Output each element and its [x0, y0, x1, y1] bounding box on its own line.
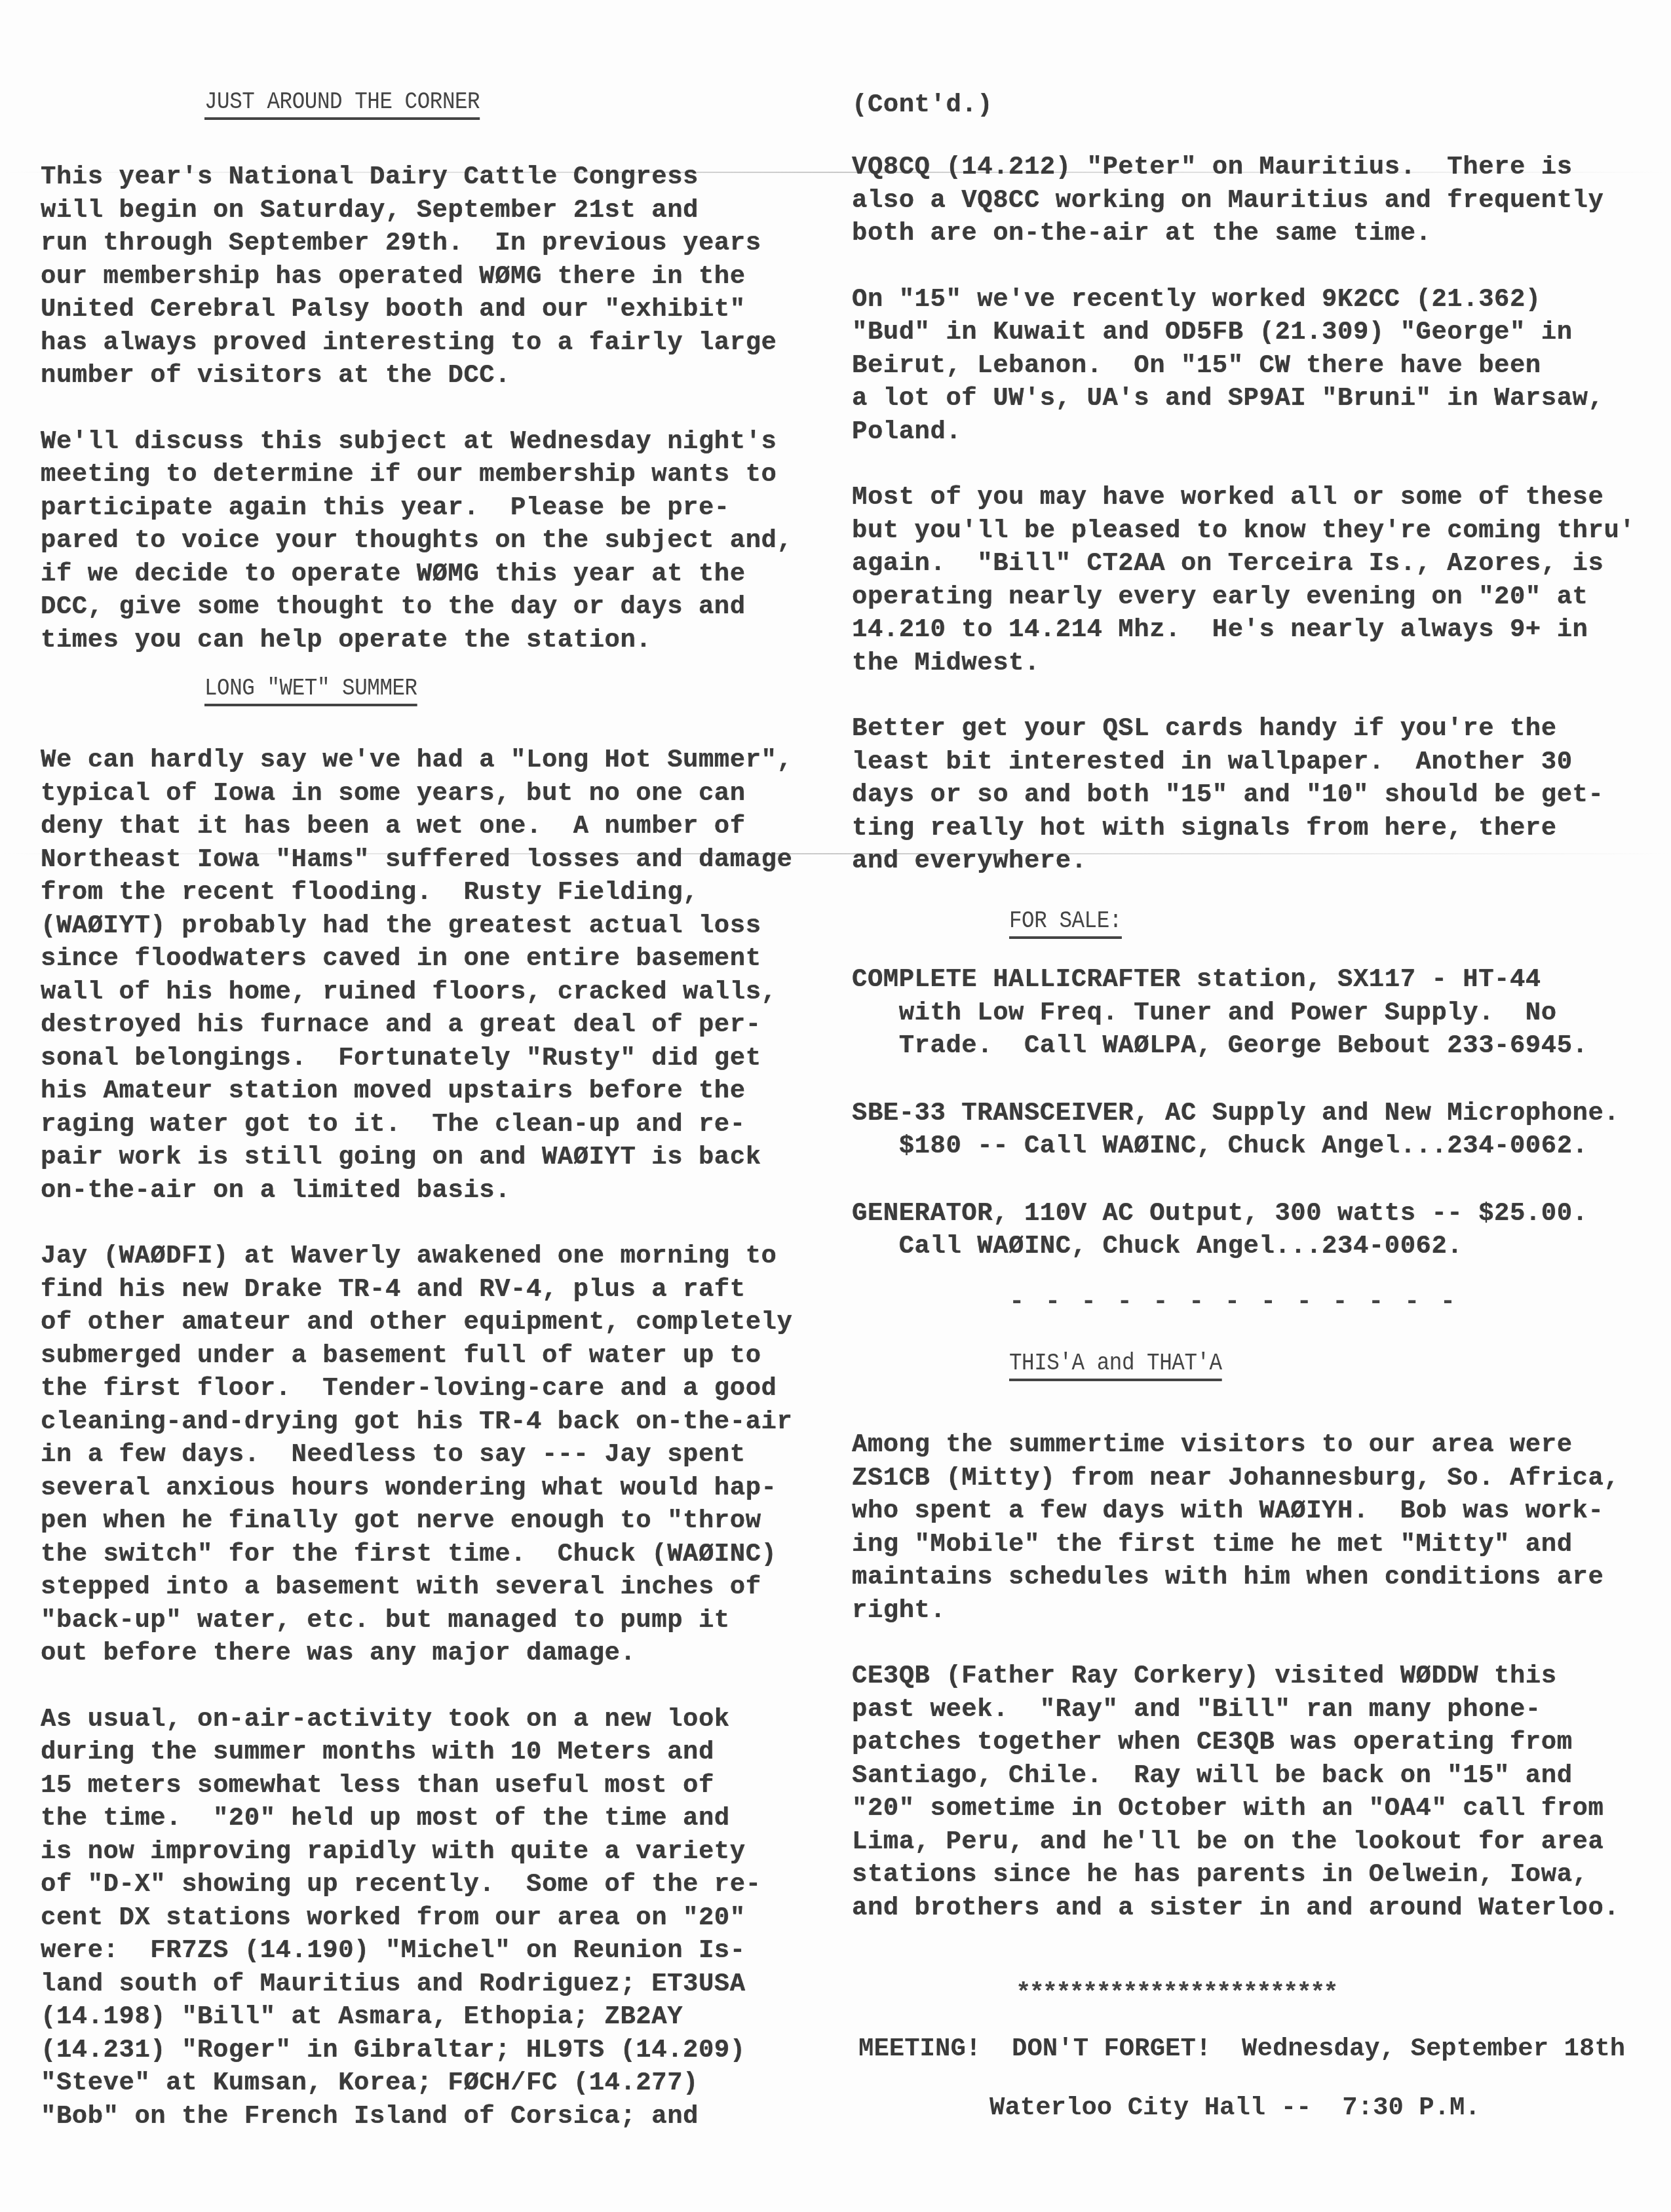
- body-text-line: meeting to determine if our membership w…: [41, 458, 777, 491]
- body-text-line: participate again this year. Please be p…: [41, 491, 730, 524]
- body-text-line: ting really hot with signals from here, …: [852, 812, 1557, 845]
- body-text-line: a lot of UW's, UA's and SP9AI "Bruni" in…: [852, 382, 1604, 415]
- section-heading: LONG "WET" SUMMER: [204, 675, 417, 702]
- body-text-line: the first floor. Tender-loving-care and …: [41, 1372, 777, 1405]
- body-text-line: right.: [852, 1594, 946, 1627]
- body-text-line: sonal belongings. Fortunately "Rusty" di…: [41, 1042, 761, 1075]
- body-text-line: and brothers and a sister in and around …: [852, 1892, 1619, 1924]
- body-text-line: deny that it has been a wet one. A numbe…: [41, 810, 746, 843]
- body-text-line: ing "Mobile" the first time he met "Mitt…: [852, 1528, 1573, 1561]
- for-sale-item-line: COMPLETE HALLICRAFTER station, SX117 - H…: [852, 963, 1541, 996]
- body-text-line: submerged under a basement full of water…: [41, 1339, 761, 1372]
- body-text-line: Among the summertime visitors to our are…: [852, 1428, 1573, 1461]
- body-text-line: VQ8CQ (14.212) "Peter" on Mauritius. The…: [852, 151, 1573, 183]
- body-text-line: several anxious hours wondering what wou…: [41, 1472, 777, 1504]
- body-text-line: since floodwaters caved in one entire ba…: [41, 942, 761, 975]
- body-text-line: "Bob" on the French Island of Corsica; a…: [41, 2100, 699, 2133]
- body-text-line: "Steve" at Kumsan, Korea; FØCH/FC (14.27…: [41, 2067, 699, 2099]
- body-text-line: days or so and both "15" and "10" should…: [852, 778, 1604, 811]
- body-text-line: 14.210 to 14.214 Mhz. He's nearly always…: [852, 613, 1588, 646]
- body-text-line: We'll discuss this subject at Wednesday …: [41, 425, 777, 458]
- body-text-line: is now improving rapidly with quite a va…: [41, 1835, 746, 1868]
- body-text-line: operating nearly every early evening on …: [852, 581, 1588, 613]
- body-text-line: were: FR7ZS (14.190) "Michel" on Reunion…: [41, 1934, 746, 1967]
- body-text-line: on-the-air on a limited basis.: [41, 1174, 510, 1207]
- for-sale-item-line: SBE-33 TRANSCEIVER, AC Supply and New Mi…: [852, 1097, 1619, 1130]
- body-text-line: of other amateur and other equipment, co…: [41, 1306, 792, 1339]
- for-sale-item-line: GENERATOR, 110V AC Output, 300 watts -- …: [852, 1197, 1588, 1230]
- body-text-line: least bit interested in wallpaper. Anoth…: [852, 746, 1573, 778]
- body-text-line: (14.198) "Bill" at Asmara, Ethopia; ZB2A…: [41, 2000, 683, 2033]
- section-heading: JUST AROUND THE CORNER: [204, 88, 480, 116]
- body-text-line: cent DX stations worked from our area on…: [41, 1901, 746, 1934]
- for-sale-item-line: with Low Freq. Tuner and Power Supply. N…: [852, 997, 1557, 1029]
- body-text-line: Poland.: [852, 415, 961, 448]
- body-text-line: 15 meters somewhat less than useful most…: [41, 1769, 714, 1802]
- body-text-line: the switch" for the first time. Chuck (W…: [41, 1538, 777, 1571]
- body-text-line: "20" sometime in October with an "OA4" c…: [852, 1792, 1604, 1825]
- body-text-line: pared to voice your thoughts on the subj…: [41, 524, 792, 557]
- asterisk-divider: ************************: [1016, 1979, 1337, 2008]
- body-text-line: times you can help operate the station.: [41, 624, 651, 657]
- body-text-line: wall of his home, ruined floors, cracked…: [41, 976, 777, 1008]
- section-heading: FOR SALE:: [1009, 907, 1122, 935]
- body-text-line: his Amateur station moved upstairs befor…: [41, 1075, 746, 1107]
- body-text-line: patches together when CE3QB was operatin…: [852, 1726, 1573, 1759]
- body-text-line: past week. "Ray" and "Bill" ran many pho…: [852, 1693, 1541, 1726]
- body-text-line: United Cerebral Palsy booth and our "exh…: [41, 293, 746, 326]
- newsletter-page: JUST AROUND THE CORNERThis year's Nation…: [0, 0, 1671, 2212]
- body-text-line: also a VQ8CC working on Mauritius and fr…: [852, 184, 1604, 217]
- body-text-line: stepped into a basement with several inc…: [41, 1571, 761, 1603]
- for-sale-item-line: Call WAØINC, Chuck Angel...234-0062.: [852, 1230, 1463, 1263]
- body-text-line: typical of Iowa in some years, but no on…: [41, 777, 746, 810]
- body-text-line: both are on-the-air at the same time.: [852, 217, 1431, 250]
- body-text-line: stations since he has parents in Oelwein…: [852, 1858, 1588, 1891]
- body-text-line: Lima, Peru, and he'll be on the lookout …: [852, 1825, 1604, 1858]
- body-text-line: of "D-X" showing up recently. Some of th…: [41, 1868, 761, 1901]
- body-text-line: the time. "20" held up most of the time …: [41, 1802, 730, 1835]
- body-text-line: pair work is still going on and WAØIYT i…: [41, 1141, 761, 1173]
- body-text-line: in a few days. Needless to say --- Jay s…: [41, 1438, 746, 1471]
- dashed-divider: - - - - - - - - - - - - -: [1009, 1287, 1458, 1316]
- body-text-line: DCC, give some thought to the day or day…: [41, 590, 746, 623]
- body-text-line: who spent a few days with WAØIYH. Bob wa…: [852, 1495, 1604, 1527]
- body-text-line: As usual, on-air-activity took on a new …: [41, 1703, 730, 1736]
- body-text-line: This year's National Dairy Cattle Congre…: [41, 161, 699, 193]
- body-text-line: during the summer months with 10 Meters …: [41, 1736, 714, 1768]
- body-text-line: and everywhere.: [852, 845, 1087, 877]
- body-text-line: We can hardly say we've had a "Long Hot …: [41, 744, 792, 776]
- body-text-line: "Bud" in Kuwait and OD5FB (21.309) "Geor…: [852, 316, 1573, 349]
- body-text-line: pen when he finally got nerve enough to …: [41, 1504, 761, 1537]
- body-text-line: On "15" we've recently worked 9K2CC (21.…: [852, 283, 1541, 316]
- body-text-line: (WAØIYT) probably had the greatest actua…: [41, 909, 761, 942]
- body-text-line: but you'll be pleased to know they're co…: [852, 514, 1635, 547]
- body-text-line: find his new Drake TR-4 and RV-4, plus a…: [41, 1273, 746, 1306]
- meeting-location: Waterloo City Hall -- 7:30 P.M.: [989, 2093, 1480, 2122]
- body-text-line: our membership has operated WØMG there i…: [41, 260, 746, 293]
- body-text-line: out before there was any major damage.: [41, 1637, 636, 1669]
- body-text-line: again. "Bill" CT2AA on Terceira Is., Azo…: [852, 547, 1604, 580]
- body-text-line: run through September 29th. In previous …: [41, 227, 761, 259]
- body-text-line: Most of you may have worked all or some …: [852, 481, 1604, 514]
- body-text-line: will begin on Saturday, September 21st a…: [41, 194, 699, 227]
- body-text-line: maintains schedules with him when condit…: [852, 1561, 1604, 1593]
- body-text-line: cleaning-and-drying got his TR-4 back on…: [41, 1405, 792, 1438]
- body-text-line: if we decide to operate WØMG this year a…: [41, 558, 746, 590]
- meeting-notice: MEETING! DON'T FORGET! Wednesday, Septem…: [858, 2034, 1625, 2063]
- for-sale-item-line: $180 -- Call WAØINC, Chuck Angel...234-0…: [852, 1130, 1588, 1162]
- body-text-line: (14.231) "Roger" in Gibraltar; HL9TS (14…: [41, 2034, 746, 2067]
- body-text-line: Santiago, Chile. Ray will be back on "15…: [852, 1759, 1573, 1792]
- body-text-line: the Midwest.: [852, 647, 1040, 679]
- body-text-line: ZS1CB (Mitty) from near Johannesburg, So…: [852, 1462, 1619, 1495]
- body-text-line: has always proved interesting to a fairl…: [41, 326, 777, 359]
- body-text-line: number of visitors at the DCC.: [41, 359, 510, 392]
- body-text-line: raging water got to it. The clean-up and…: [41, 1108, 746, 1141]
- body-text-line: Beirut, Lebanon. On "15" CW there have b…: [852, 349, 1541, 382]
- body-text-line: destroyed his furnace and a great deal o…: [41, 1008, 761, 1041]
- body-text-line: CE3QB (Father Ray Corkery) visited WØDDW…: [852, 1660, 1557, 1692]
- section-heading: THIS'A and THAT'A: [1009, 1350, 1222, 1377]
- body-text-line: from the recent flooding. Rusty Fielding…: [41, 876, 699, 909]
- body-text-line: Jay (WAØDFI) at Waverly awakened one mor…: [41, 1240, 777, 1272]
- body-text-line: Northeast Iowa "Hams" suffered losses an…: [41, 843, 792, 876]
- body-text-line: "back-up" water, etc. but managed to pum…: [41, 1604, 730, 1637]
- continued-label: (Cont'd.): [852, 88, 993, 121]
- body-text-line: land south of Mauritius and Rodriguez; E…: [41, 1968, 746, 2000]
- body-text-line: Better get your QSL cards handy if you'r…: [852, 712, 1557, 745]
- for-sale-item-line: Trade. Call WAØLPA, George Bebout 233-69…: [852, 1029, 1588, 1062]
